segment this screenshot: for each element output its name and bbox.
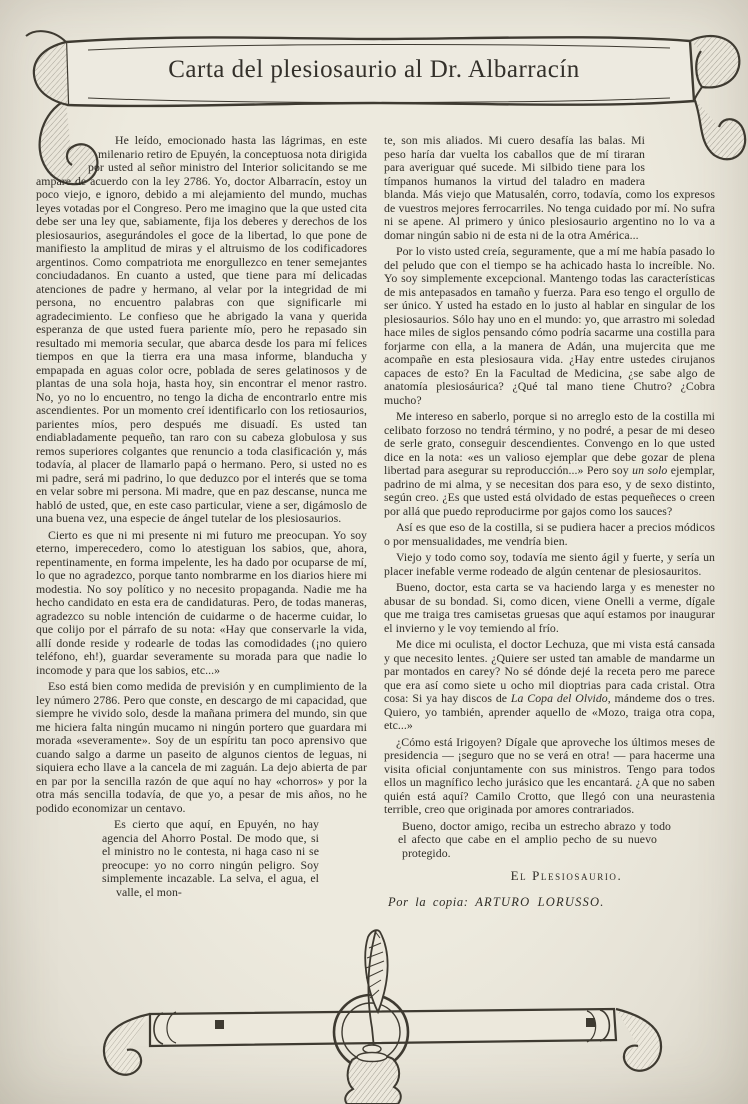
paragraph: Así es que eso de la costilla, si se pud… (384, 521, 715, 548)
wrap-spacer (319, 872, 367, 886)
quill-icon (365, 930, 387, 1048)
wrap-spacer (327, 859, 367, 873)
byline: Por la copia: ARTURO LORUSSO. (384, 896, 715, 910)
wrap-spacer (36, 161, 88, 175)
wrap-spacer (36, 134, 115, 148)
wrap-spacer (384, 833, 398, 847)
inkwell-icon (345, 1045, 401, 1104)
paragraph: Es cierto que aquí, en Epuyén, no hay ag… (36, 818, 367, 899)
wrap-spacer (36, 886, 116, 900)
paragraph-text: ¿Cómo está Irigoyen? Dígale que aprovech… (384, 735, 715, 817)
byline-name: ARTURO LORUSSO. (475, 895, 604, 909)
paragraph-text: He leído, emocionado hasta las lágrimas,… (36, 133, 367, 525)
banner-right-endcap (690, 36, 739, 101)
wrap-spacer (36, 859, 94, 873)
footer-illustration (0, 928, 748, 1104)
wrap-spacer (36, 845, 86, 859)
banner-left-endcap (26, 31, 68, 105)
paragraph: Me intereso en saberlo, porque si no arr… (384, 410, 715, 518)
paragraph-text: Así es que eso de la costilla, si se pud… (384, 520, 715, 548)
wrap-spacer (671, 820, 715, 834)
scroll-rod-illustration (104, 1009, 661, 1075)
wrap-spacer (645, 134, 715, 175)
paragraph: He leído, emocionado hasta las lágrimas,… (36, 134, 367, 526)
paragraph: Bueno, doctor amigo, reciba un estrecho … (384, 820, 715, 861)
wrap-spacer (36, 148, 98, 162)
paragraph: te, son mis aliados. Mi cuero desafía la… (384, 134, 715, 242)
paragraph: ¿Cómo está Irigoyen? Dígale que aprovech… (384, 736, 715, 817)
paragraph: Bueno, doctor, esta carta se va haciendo… (384, 581, 715, 635)
byline-prefix: Por la copia: (388, 895, 468, 909)
wrap-spacer (36, 832, 74, 846)
left-column: He leído, emocionado hasta las lágrimas,… (36, 134, 367, 902)
ring-handle-icon (334, 995, 408, 1069)
wrap-spacer (36, 818, 54, 832)
italic-phrase: La Copa del Olvido (511, 691, 608, 705)
wrap-spacer (357, 818, 367, 832)
wrap-spacer (307, 886, 367, 900)
wrap-spacer (384, 820, 390, 834)
paragraph-text: Bueno, doctor amigo, reciba un estrecho … (398, 819, 671, 860)
scanned-letter-page: Carta del plesiosaurio al Dr. Albarracín… (0, 0, 748, 1104)
paragraph-text: Eso está bien como medida de previsión y… (36, 679, 367, 815)
paragraph-text: Cierto es que ni mi presente ni mi futur… (36, 528, 367, 677)
paragraph-text: Viejo y todo como soy, todavía me siento… (384, 550, 715, 578)
wrap-spacer (36, 872, 102, 886)
wrap-spacer (657, 833, 715, 847)
wrap-spacer (335, 845, 367, 859)
paragraph: Viejo y todo como soy, todavía me siento… (384, 551, 715, 578)
paragraph: Por lo visto usted creía, seguramente, q… (384, 245, 715, 407)
paragraph-text: Es cierto que aquí, en Epuyén, no hay ag… (102, 817, 319, 899)
paragraph: Cierto es que ni mi presente ni mi futur… (36, 529, 367, 678)
italic-phrase: un solo (632, 463, 667, 477)
page-title: Carta del plesiosaurio al Dr. Albarracín (90, 56, 658, 84)
wrap-spacer (345, 832, 367, 846)
paragraph: Eso está bien como medida de previsión y… (36, 680, 367, 815)
wrap-spacer (384, 847, 402, 861)
signature: El Plesiosaurio. (384, 869, 715, 883)
paragraph: Me dice mi oculista, el doctor Lechuza, … (384, 638, 715, 733)
paragraph-text: Bueno, doctor, esta carta se va haciendo… (384, 580, 715, 635)
wrap-spacer (655, 847, 715, 861)
right-column: te, son mis aliados. Mi cuero desafía la… (384, 134, 715, 912)
paragraph-text: Por lo visto usted creía, seguramente, q… (384, 244, 715, 407)
